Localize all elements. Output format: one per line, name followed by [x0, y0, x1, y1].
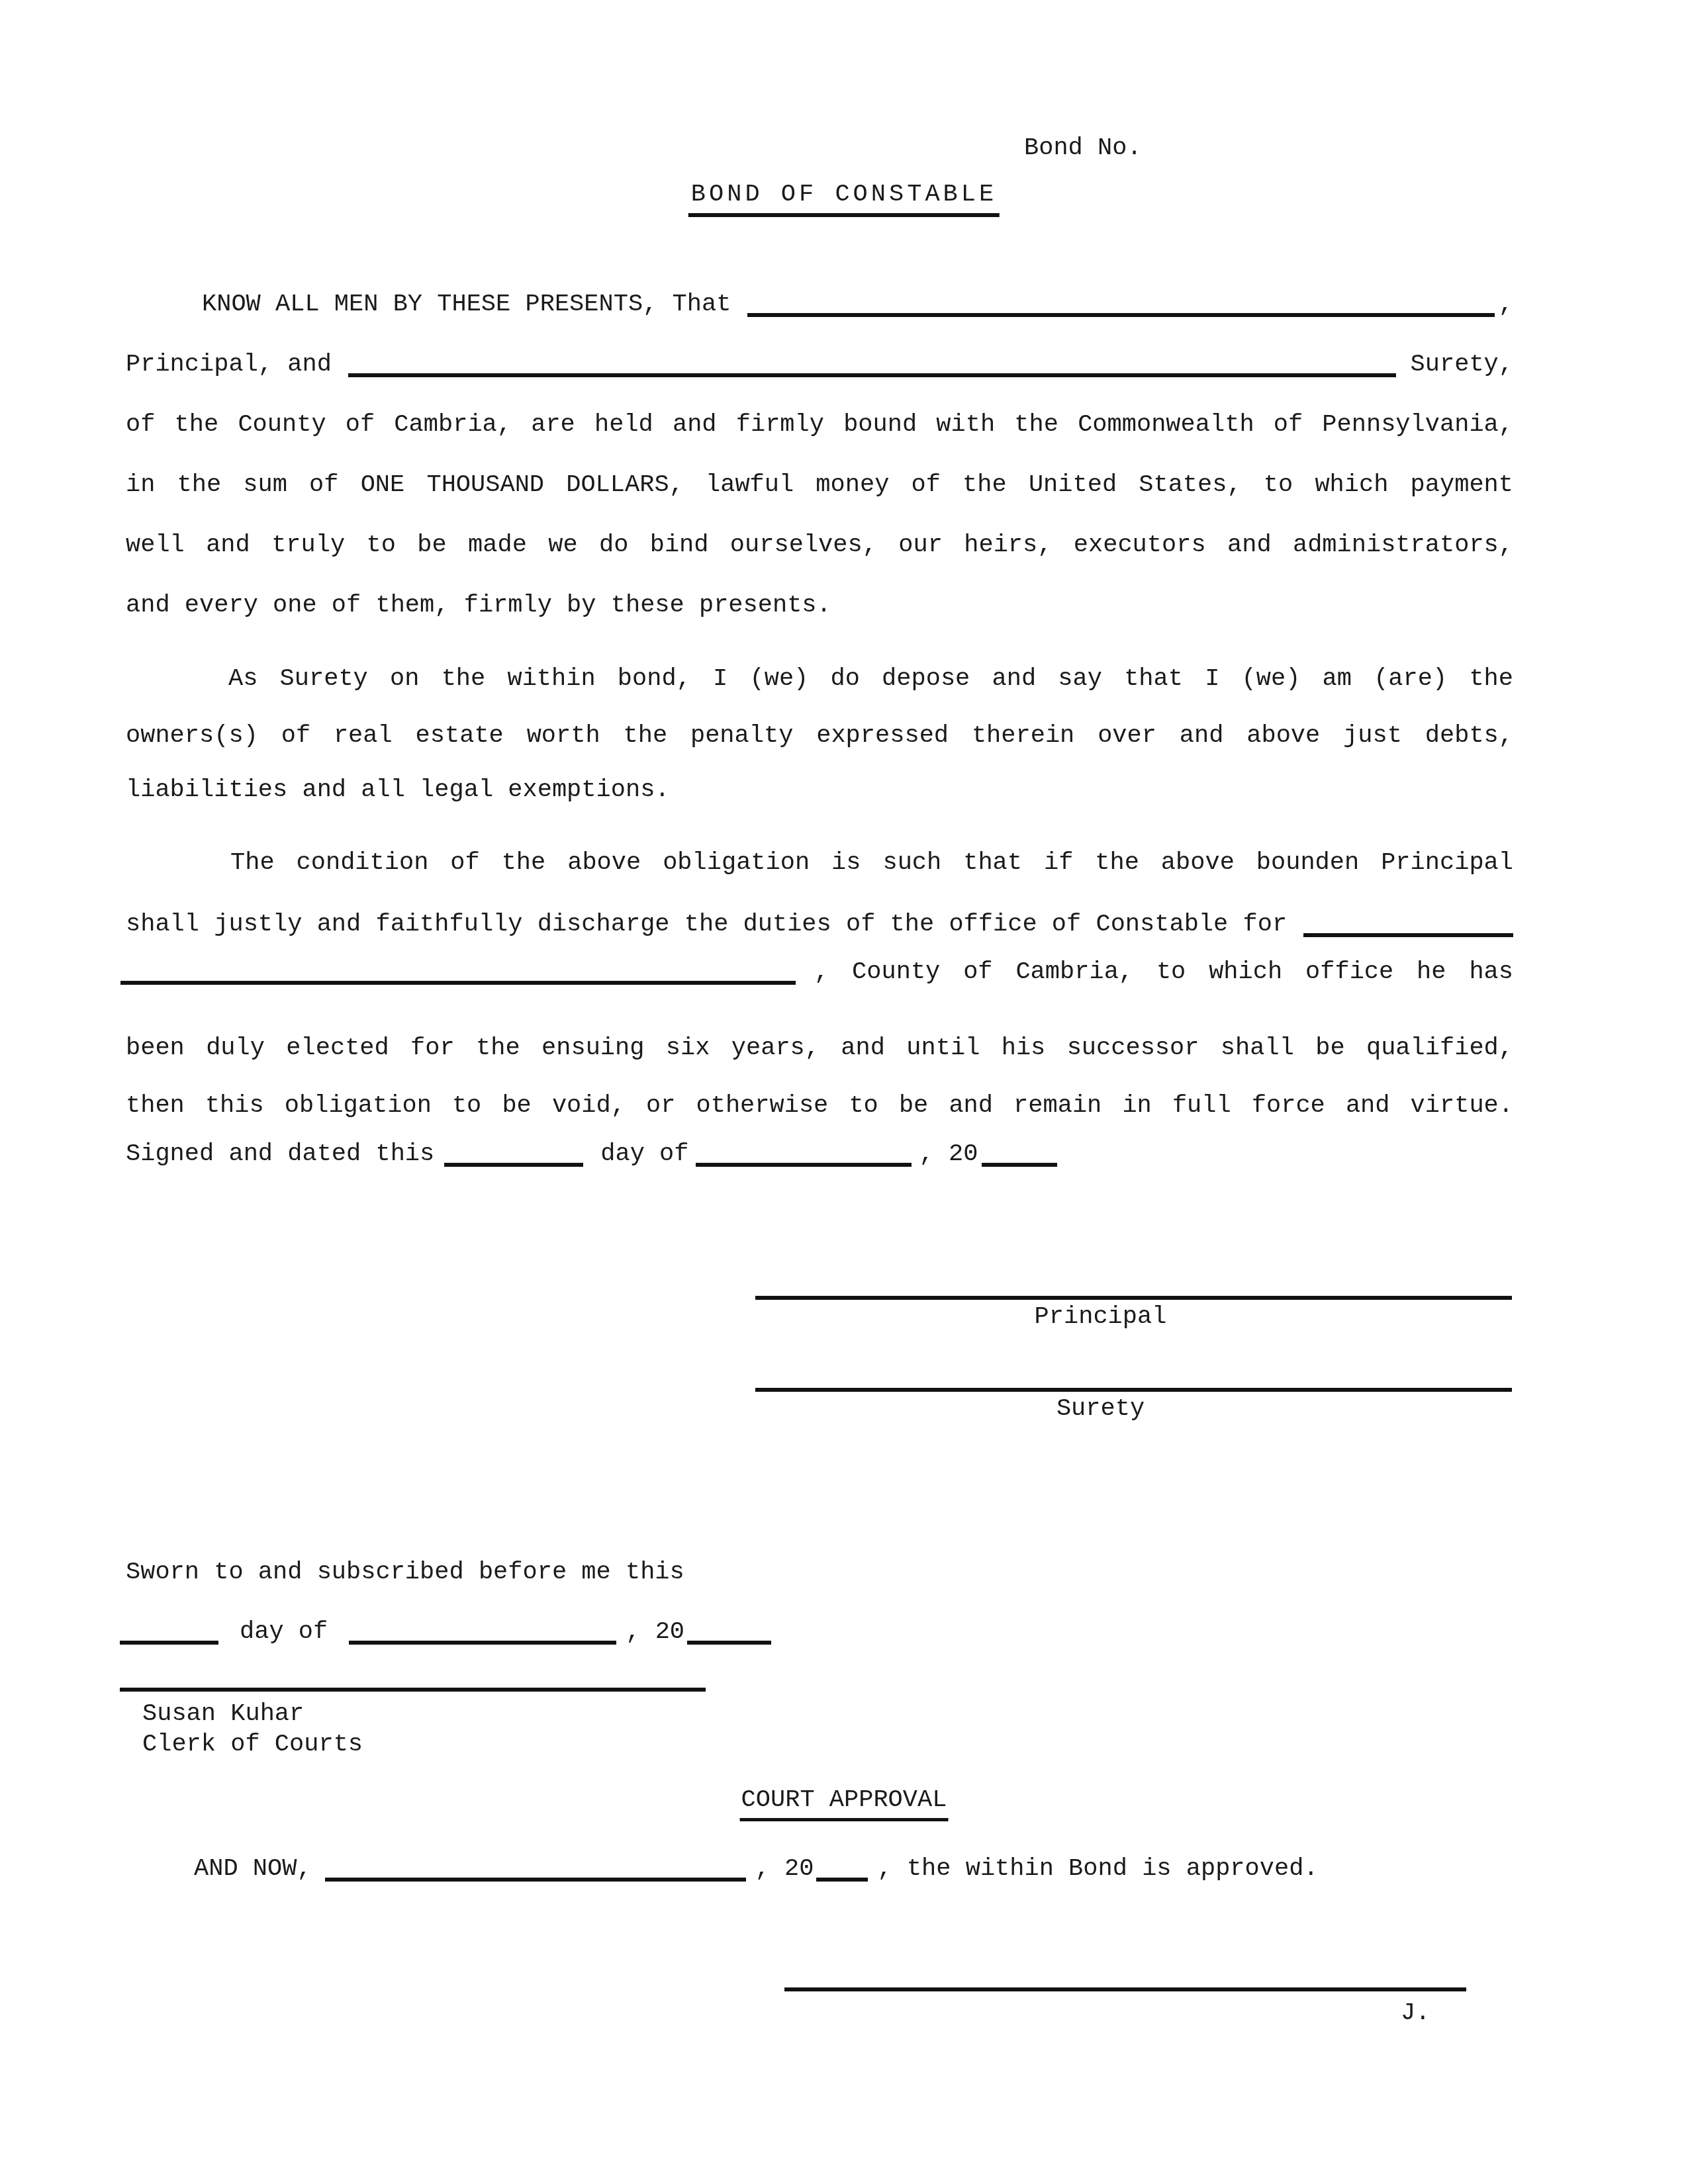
p1-line3: of the County of Cambria, are held and f…	[126, 409, 1513, 441]
p1-line1-text: KNOW ALL MEN BY THESE PRESENTS, That	[202, 289, 731, 320]
p1-line5: well and truly to be made we do bind our…	[126, 529, 1513, 561]
p3-line2-text: shall justly and faithfully discharge th…	[126, 909, 1287, 940]
p3-line1: The condition of the above obligation is…	[126, 847, 1513, 879]
sworn-line1: Sworn to and subscribed before me this	[126, 1557, 1582, 1588]
document-page: Bond No. BOND OF CONSTABLE KNOW ALL MEN …	[0, 0, 1688, 2184]
principal-label: Principal	[755, 1301, 1512, 1333]
judge-signature-line	[784, 1987, 1466, 1991]
approval-suffix: , the within Bond is approved.	[877, 1853, 1318, 1885]
surety-signature-line	[755, 1388, 1512, 1392]
surety-label: Surety	[755, 1393, 1512, 1425]
p1-line4: in the sum of ONE THOUSAND DOLLARS, lawf…	[126, 469, 1513, 501]
p3-line5: then this obligation to be void, or othe…	[126, 1090, 1513, 1122]
p1-line6: and every one of them, firmly by these p…	[126, 590, 1582, 621]
p1-line2: Principal, and Surety,	[126, 349, 1513, 381]
approval-year-field	[816, 1871, 868, 1882]
clerk-name: Susan Kuhar	[142, 1698, 304, 1730]
p3-line3: , County of Cambria, to which office he …	[126, 956, 1513, 988]
sworn-year-field	[687, 1634, 771, 1645]
signed-dated-line: Signed and dated this day of , 20	[126, 1138, 1513, 1170]
surety-name-field	[348, 367, 1396, 377]
p1-line2-text: Principal, and	[126, 349, 332, 381]
constable-office-field-1	[1303, 927, 1513, 937]
p3-line4: been duly elected for the ensuing six ye…	[126, 1032, 1513, 1064]
court-approval-heading-text: COURT APPROVAL	[740, 1784, 949, 1821]
bond-no-label: Bond No.	[1024, 132, 1142, 164]
p2-line1: As Surety on the within bond, I (we) do …	[126, 663, 1513, 695]
document-title: BOND OF CONSTABLE	[688, 179, 1000, 217]
p1-line2-surety: Surety,	[1411, 349, 1513, 381]
approval-date-field	[325, 1871, 746, 1882]
clerk-title: Clerk of Courts	[142, 1729, 363, 1760]
constable-office-field-2	[120, 974, 796, 985]
signed-year-prefix: , 20	[919, 1138, 978, 1170]
signed-day-of-text: day of	[600, 1138, 688, 1170]
signed-dated-text: Signed and dated this	[126, 1138, 434, 1170]
signed-year-field	[982, 1156, 1057, 1167]
sworn-month-field	[349, 1634, 616, 1645]
signed-month-field	[696, 1156, 912, 1167]
sworn-day-field	[120, 1634, 218, 1645]
sworn-year-prefix: , 20	[626, 1616, 684, 1648]
clerk-signature-line	[120, 1688, 706, 1692]
approval-year-prefix: , 20	[755, 1853, 814, 1885]
p2-line2: owners(s) of real estate worth the penal…	[126, 720, 1513, 752]
p1-line1: KNOW ALL MEN BY THESE PRESENTS, That ,	[126, 289, 1513, 320]
principal-name-field	[747, 306, 1494, 317]
court-approval-heading: COURT APPROVAL	[740, 1784, 949, 1821]
sworn-line2: day of , 20	[120, 1616, 1507, 1648]
judge-initial: J.	[1401, 1997, 1430, 2029]
principal-signature-line	[755, 1296, 1512, 1300]
p2-line3: liabilities and all legal exemptions.	[126, 774, 1582, 806]
p3-line2: shall justly and faithfully discharge th…	[126, 909, 1513, 940]
document-title-text: BOND OF CONSTABLE	[688, 179, 1000, 217]
sworn-day-of-text: day of	[240, 1616, 328, 1648]
p3-line3-text: , County of Cambria, to which office he …	[814, 956, 1513, 988]
and-now-line: AND NOW, , 20 , the within Bond is appro…	[126, 1853, 1513, 1885]
p1-line1-comma: ,	[1499, 289, 1513, 320]
signed-day-field	[444, 1156, 583, 1167]
and-now-text: AND NOW,	[194, 1853, 312, 1885]
